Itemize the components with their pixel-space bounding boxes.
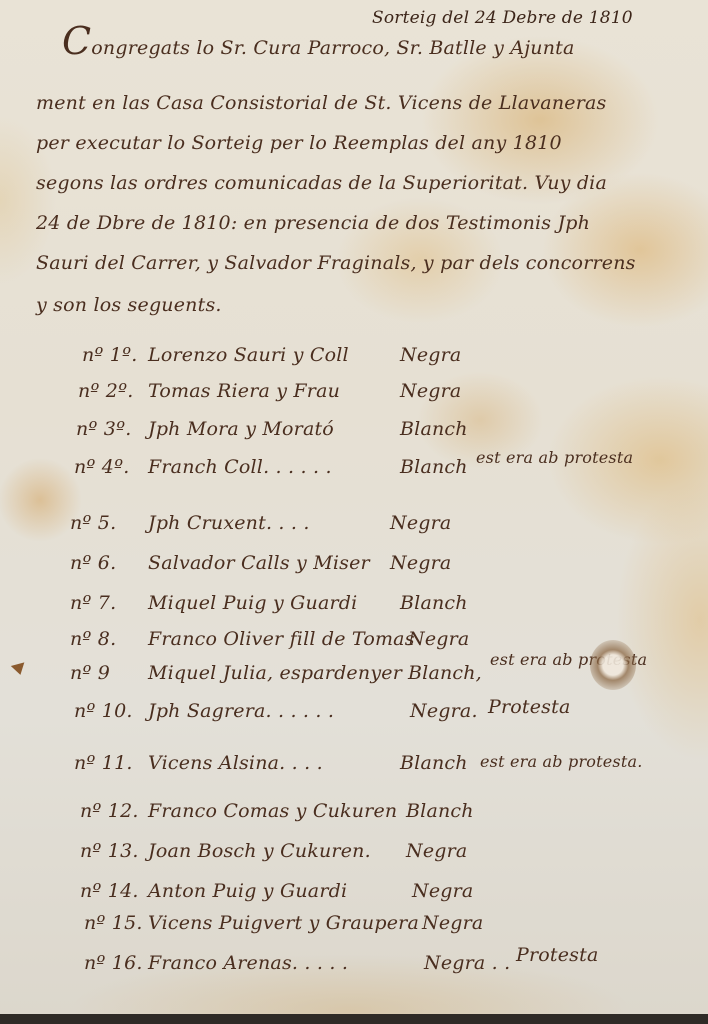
body-line-3: per executar lo Sorteig per lo Reemplas … [36,132,562,154]
entry-number: nº 2º. [78,380,133,402]
entry-number: nº 7. [70,592,116,614]
entry-row: nº 2º. Tomas Riera y Frau Negra [60,380,700,414]
entry-number: nº 15. [84,912,143,934]
entry-row: nº 7. Miquel Puig y Guardi Blanch [60,592,700,626]
entry-number: nº 3º. [76,418,131,440]
entry-result: Blanch [406,800,474,822]
entry-name: Salvador Calls y Miser [148,552,370,574]
body-line-6: Sauri del Carrer, y Salvador Fraginals, … [36,252,636,274]
entry-result: Blanch [400,592,468,614]
entry-number: nº 8. [70,628,116,650]
entry-result: Negra [408,628,469,650]
wax-seal-stain-icon [590,640,636,690]
entry-name: Jph Mora y Morató [148,418,334,440]
entry-result: Negra. [410,700,478,722]
entry-note: est era ab protesta [476,448,633,467]
body-line-5: 24 de Dbre de 1810: en presencia de dos … [36,212,590,234]
entry-note: Protesta [516,944,599,966]
entry-row: nº 6. Salvador Calls y Miser Negra [60,552,700,586]
decorated-initial: C [62,19,91,63]
entry-name: Franco Arenas. . . . . [148,952,348,974]
entry-number: nº 4º. [74,456,129,478]
entry-row: nº 4º. Franch Coll. . . . . . Blanch est… [60,456,700,490]
entry-number: nº 1º. [82,344,137,366]
entry-result: Negra [400,380,461,402]
entry-result: Negra . . [424,952,510,974]
entry-result: Negra [390,512,451,534]
entry-name: Miquel Puig y Guardi [148,592,357,614]
entry-row: nº 14. Anton Puig y Guardi Negra [60,880,700,914]
entry-name: Anton Puig y Guardi [148,880,347,902]
entry-name: Franch Coll. . . . . . [148,456,332,478]
entry-number: nº 10. [74,700,133,722]
entry-number: nº 16. [84,952,143,974]
entry-result: Negra [400,344,461,366]
body-line-4: segons las ordres comunicadas de la Supe… [36,172,607,194]
entry-result: Blanch [400,418,468,440]
body-line-1: Congregats lo Sr. Cura Parroco, Sr. Batl… [62,22,575,60]
entry-result: Negra [422,912,483,934]
entry-result: Negra [406,840,467,862]
entry-name: Tomas Riera y Frau [148,380,340,402]
body-line-text: ongregats lo Sr. Cura Parroco, Sr. Batll… [91,37,574,59]
entry-row: nº 5. Jph Cruxent. . . . Negra [60,512,700,546]
entry-row: nº 1º. Lorenzo Sauri y Coll Negra [60,344,700,378]
entry-number: nº 12. [80,800,139,822]
body-line-2: ment en las Casa Consistorial de St. Vic… [36,92,606,114]
page-bottom-edge [0,1014,708,1024]
entry-row: nº 11. Vicens Alsina. . . . Blanch est e… [60,752,700,786]
entry-row: nº 15. Vicens Puigvert y Graupera Negra [60,912,700,946]
entry-name: Jph Sagrera. . . . . . [148,700,334,722]
entry-number: nº 11. [74,752,133,774]
entry-result: Blanch [400,456,468,478]
manuscript-page: Sorteig del 24 Debre de 1810 Congregats … [0,0,708,1018]
entry-name: Jph Cruxent. . . . [148,512,310,534]
entry-note: Protesta [488,696,571,718]
entry-result: Blanch, [408,662,482,684]
entry-result: Negra [390,552,451,574]
entry-number: nº 6. [70,552,116,574]
body-line-7: y son los seguents. [36,294,222,316]
entry-row: nº 13. Joan Bosch y Cukuren. Negra [60,840,700,874]
entry-name: Joan Bosch y Cukuren. [148,840,371,862]
entry-name: Franco Comas y Cukuren [148,800,397,822]
entry-name: Miquel Julia, espardenyer [148,662,402,684]
entry-row: nº 10. Jph Sagrera. . . . . . Negra. Pro… [60,700,700,734]
entry-name: Franco Oliver fill de Tomas [148,628,415,650]
entry-name: Lorenzo Sauri y Coll [148,344,349,366]
entry-row: nº 3º. Jph Mora y Morató Blanch [60,418,700,452]
entry-name: Vicens Alsina. . . . [148,752,323,774]
entry-number: nº 13. [80,840,139,862]
entry-number: nº 14. [80,880,139,902]
entry-row: nº 12. Franco Comas y Cukuren Blanch [60,800,700,834]
entry-row: nº 16. Franco Arenas. . . . . Negra . . … [60,952,700,986]
entry-name: Vicens Puigvert y Graupera [148,912,419,934]
entry-number: nº 9 [70,662,110,684]
entry-note: est era ab protesta. [480,752,643,771]
ink-blot-icon [11,662,27,676]
entry-result: Negra [412,880,473,902]
entry-number: nº 5. [70,512,116,534]
entry-result: Blanch [400,752,468,774]
